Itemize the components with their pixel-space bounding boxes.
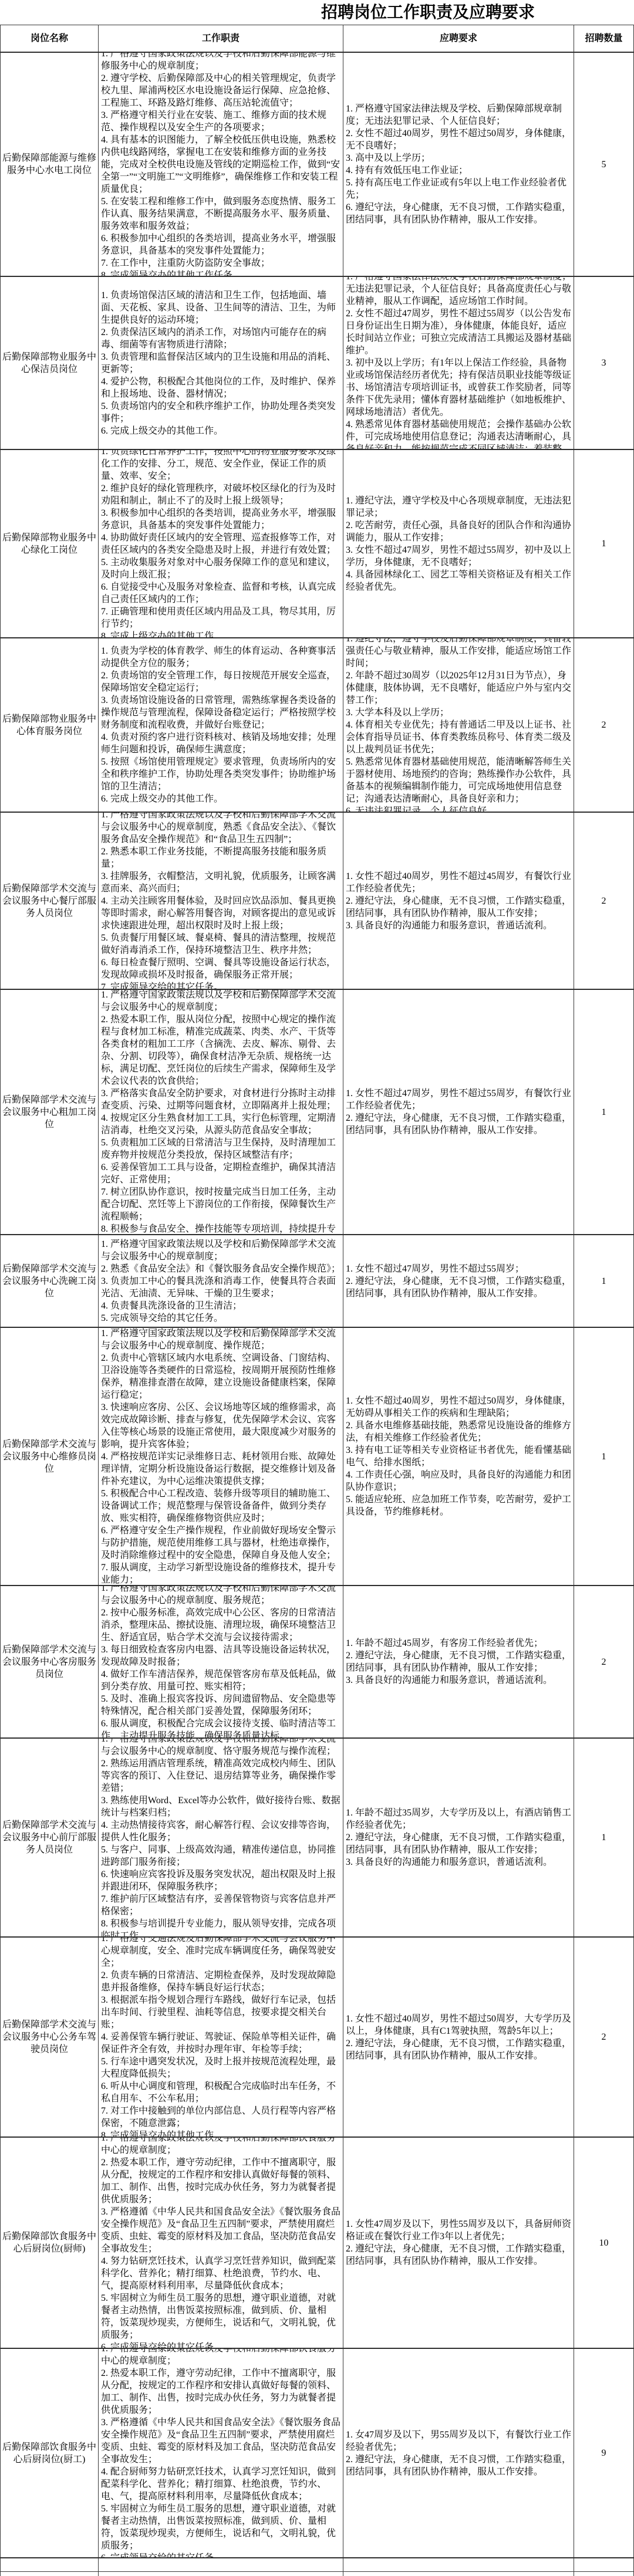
- duty-item: 4. 协助做好责任区域内的安全管理、巡查报修等工作，对责任区域内的各类安全隐患及…: [101, 532, 340, 556]
- duty-item: 5. 行车途中遇突发状况，及时上报并按规范流程处理，最大程度降低损失；: [101, 2056, 340, 2080]
- requirement-item: 3. 具备良好的沟通能力和服务意识，普通话流利。: [346, 1674, 571, 1686]
- count-cell: 2: [574, 638, 634, 812]
- duty-item: 2. 按中心服务标准，高效完成中心公区、客房的日常清洁消杀，整理床品、擦拭设施、…: [101, 1607, 340, 1644]
- duty-item: 5. 在安装工程和维修工作中，做到服务态度热情、服务工作认真、服务结果满意，不断…: [101, 195, 340, 232]
- requirement-item: 3. 具备良好的沟通能力和服务意识，普通话流利。: [346, 919, 571, 932]
- duty-item: 7. 在工作中，注重防火防盗防安全事故；: [101, 257, 340, 269]
- requirement-item: 3. 初中及以上学历；有1年以上保洁工作经验，具备物业或场馆保洁经历者优先；持有…: [346, 357, 571, 418]
- duty-item: 8. 完成上级交办的其他工作。: [101, 630, 340, 638]
- requirement-item: 1. 女性不超过40周岁，男性不超过50周岁，大专学历及以上，身体健康，具有C1…: [346, 2013, 571, 2037]
- position-name-cell: 后勤保障部学术交流与会议服务中心粗加工岗位: [0, 990, 98, 1234]
- requirement-item: 2. 遵纪守法，身心健康，无不良习惯，工作踏实稳重，团结同事，具有团队协作精神，…: [346, 1275, 571, 1300]
- duty-item: 3. 严格遵循《中华人民共和国食品安全法》《餐饮服务食品安全操作规范》及“食品卫…: [101, 2206, 340, 2255]
- duty-item: 5. 牢固树立为师生员工服务的思想，遵守职业道德，对就餐者主动热情，出售饭菜按照…: [101, 2503, 340, 2552]
- position-name: 后勤保障部学术交流与会议服务中心公务车驾驶员岗位: [1, 2019, 98, 2056]
- requirement-item: 2. 遵纪守法，身心健康，无不良习惯，工作踏实稳重，团结同事，具有团队协作精神，…: [346, 2037, 571, 2062]
- requirement-item: 2. 遵纪守法，身心健康，无不良习惯，工作踏实稳重，团结同事，具有团队协作精神，…: [346, 1112, 571, 1137]
- duty-item: 2. 熟练运用酒店管理系统，精准高效完成校内师生、团队等宾客的预订、入住登记、退…: [101, 1757, 340, 1794]
- count-cell: 5: [574, 53, 634, 276]
- requirements-cell: 1. 遵纪守法，遵守学校及后勤保障部规章制度，具备较强责任心与敬业精神，服从工作…: [343, 638, 574, 812]
- empty-cell: [98, 2572, 343, 2576]
- duties-cell: 1. 负责绿化日常养护工作，按照中心的物业服务要求及绿化工作的安排、分工，规范、…: [98, 450, 343, 637]
- position-name: 后勤保障部学术交流与会议服务中心洗碗工岗位: [1, 1263, 98, 1300]
- duty-item: 4. 妥善保管车辆行驶证、驾驶证、保险单等相关证件，确保证件齐全有效，并按时办理…: [101, 2031, 340, 2056]
- position-name-cell: 后勤保障部学术交流与会议服务中心洗碗工岗位: [0, 1235, 98, 1327]
- duty-item: 7. 服从调度，主动学习新型设施设备的维修技术，提升专业能力；: [101, 1561, 340, 1586]
- position-name-cell: 后勤保障部学术交流与会议服务中心客房服务员岗位: [0, 1586, 98, 1737]
- empty-cell: [343, 2558, 574, 2571]
- table-row: 后勤保障部学术交流与会议服务中心公务车驾驶员岗位1. 严格遵守交通法规及后勤保障…: [0, 1938, 634, 2138]
- col-header-requirements: 应聘要求: [343, 25, 574, 52]
- duties-cell: 1. 严格遵守国家政策法规以及学校和后勤保障部能源与维修服务中心的规章制度；2.…: [98, 53, 343, 276]
- col-header-count: 招聘数量: [574, 25, 634, 52]
- position-name: 后勤保障部学术交流与会议服务中心餐厅部服务人员岗位: [1, 883, 98, 919]
- requirement-item: 2. 遵纪守法，身心健康，无不良习惯，工作踏实稳重，团结同事，具有团队协作精神，…: [346, 1649, 571, 1674]
- duty-item: 5. 积极配合中心工程改造、装修升级等项目的辅助施工、设备调试工作；规范整理与保…: [101, 1488, 340, 1524]
- requirements-cell: 1. 严格遵守国家法律法规及学校后勤保障部规章制度；无违法犯罪记录，个人征信良好…: [343, 277, 574, 449]
- count-cell: 1: [574, 1328, 634, 1585]
- duty-item: 4. 主动关注顾客用餐体验，及时回应饮品添加、餐具更换等即时需求，耐心解答用餐咨…: [101, 895, 340, 932]
- duties-cell: 1. 严格遵守国家政策法规以及学校和后勤保障部饮食服务中心的规章制度；2. 热爱…: [98, 2138, 343, 2348]
- duty-item: 8. 积极参与培训提升专业能力，服从领导安排，完成各项临时工作。: [101, 1918, 340, 1936]
- table-row: 后勤保障部物业服务中心体育服务岗位1. 负责为学校的体育教学、师生的体育运动、各…: [0, 638, 634, 813]
- duty-item: 4. 努力钻研烹饪技术，认真学习烹饪营养知识，做到配菜科学化、营养化；精打细算、…: [101, 2255, 340, 2292]
- duty-item: 6. 完成领导交给的其它任务。: [101, 2552, 340, 2558]
- requirement-item: 1. 年龄不超过45周岁，有客房工作经验者优先；: [346, 1637, 571, 1649]
- duty-item: 1. 严格遵守国家政策法规以及学校和后勤保障部学术交流与会议服务中心的规章制度、…: [101, 1739, 340, 1757]
- requirement-item: 3. 具备良好的沟通能力和服务意识，普通话流利。: [346, 1856, 571, 1868]
- duty-item: 1. 负责绿化日常养护工作，按照中心的物业服务要求及绿化工作的安排、分工，规范、…: [101, 450, 340, 482]
- position-name: 后勤保障部饮食服务中心后厨岗位(厨工): [1, 2441, 98, 2466]
- duty-item: 2. 负责中心管辖区域内水电系统、空调设备、门窗结构、卫浴设施等各类硬件的日常巡…: [101, 1352, 340, 1401]
- requirements-cell: 1. 年龄不超过45周岁，有客房工作经验者优先；2. 遵纪守法，身心健康，无不良…: [343, 1586, 574, 1737]
- requirement-item: 1. 女性47周岁及以下，男性55周岁及以下，具备厨师资格证或在餐饮行业工作3年…: [346, 2218, 571, 2243]
- duty-item: 3. 严格落实食品安全防护要求，对食材进行分拣时主动排查变质、污染、过期等问题食…: [101, 1087, 340, 1112]
- table-row: 后勤保障部学术交流与会议服务中心餐厅部服务人员岗位1. 严格遵守国家政策法规以及…: [0, 813, 634, 990]
- duty-item: 3. 每日细致检查客房内电器、洁具等设施设备运转状况，发现故障及时报备；: [101, 1644, 340, 1668]
- duty-item: 7. 维护前厅区域整洁有序，妥善保管物资与宾客信息并严格保密；: [101, 1893, 340, 1918]
- duty-item: 1. 严格遵守交通法规及后勤保障部学术交流与会议服务中心规章制度，安全、准时完成…: [101, 1938, 340, 1969]
- count-cell: 1: [574, 1739, 634, 1936]
- duty-item: 5. 主动收集服务对象对中心服务保障工作的意见和建议，及时向上级汇报；: [101, 556, 340, 581]
- position-name: 后勤保障部饮食服务中心后厨岗位(厨师): [1, 2230, 98, 2255]
- duty-item: 2. 热爱本职工作，遵守劳动纪律，工作中不擅离职守，服从分配，按规定的工作程序和…: [101, 2156, 340, 2206]
- requirement-item: 1. 女性不超过47周岁，男性不超过55周岁；: [346, 1263, 571, 1275]
- empty-cell: [0, 2558, 98, 2571]
- position-name: 后勤保障部学术交流与会议服务中心客房服务员岗位: [1, 1644, 98, 1681]
- count-cell: 2: [574, 1586, 634, 1737]
- duty-item: 2. 熟悉《食品安全法》和《餐饮服务食品安全操作规范》；: [101, 1263, 340, 1275]
- requirement-item: 6. 无违法犯罪记录，个人征信良好。: [346, 805, 571, 812]
- position-name: 后勤保障部能源与维修服务中心水电工岗位: [1, 152, 98, 177]
- duty-item: 1. 负责为学校的体育教学、师生的体育运动、各种赛事活动提供全方位的服务；: [101, 645, 340, 670]
- duty-item: 1. 严格遵守国家政策法规以及学校和后勤保障部能源与维修服务中心的规章制度；: [101, 53, 340, 72]
- requirements-cell: 1. 年龄不超过35周岁，大专学历及以上，有酒店销售工作经验者优先；2. 遵纪守…: [343, 1739, 574, 1936]
- count-cell: 2: [574, 1938, 634, 2136]
- duty-item: 2. 负责车辆的日常清洁、定期检查保养，及时发现故障隐患并报备维修，保持车辆良好…: [101, 1969, 340, 1994]
- duty-item: 3. 挂牌服务，衣帽整洁，文明礼貌，优质服务，让顾客满意而来、高兴而归；: [101, 870, 340, 895]
- requirement-item: 6. 遵纪守法，身心健康，无不良习惯，工作踏实稳重，团结同事，具有团队协作精神，…: [346, 201, 571, 226]
- table-row: 后勤保障部能源与维修服务中心水电工岗位1. 严格遵守国家政策法规以及学校和后勤保…: [0, 53, 634, 277]
- recruit-count: 1: [574, 537, 633, 550]
- duty-item: 8. 完成领导交办的其他工作。: [101, 2129, 340, 2136]
- duty-item: 3. 快速响应客房、公区、会议场地等区域的维修需求，高效完成故障诊断、排查与修复…: [101, 1401, 340, 1451]
- table-row: 后勤保障部学术交流与会议服务中心洗碗工岗位1. 严格遵守国家政策法规以及学校和后…: [0, 1235, 634, 1328]
- table-row: 后勤保障部学术交流与会议服务中心粗加工岗位1. 严格遵守国家政策法规以及学校和后…: [0, 990, 634, 1235]
- duties-cell: 1. 负责为学校的体育教学、师生的体育运动、各种赛事活动提供全方位的服务；2. …: [98, 638, 343, 812]
- duties-cell: 1. 严格遵守国家政策法规以及学校和后勤保障部饮食服务中心的规章制度；2. 热爱…: [98, 2349, 343, 2557]
- duties-cell: 1. 严格遵守国家政策法规以及学校和后勤保障部学术交流与会议服务中心的规章制度、…: [98, 1328, 343, 1585]
- recruit-count: 5: [574, 158, 633, 171]
- duty-item: 2. 维护良好的绿化管理秩序，对破坏校区绿化的行为及时劝阻和制止，制止不了的及时…: [101, 482, 340, 507]
- requirement-item: 4. 体育相关专业优先；持有普通话二甲及以上证书、社会体育指导员证书、体育类教练…: [346, 719, 571, 756]
- requirements-cell: 1. 女性不超过47周岁，男性不超过55周岁，有餐饮行业工作经验者优先；2. 遵…: [343, 990, 574, 1234]
- position-name: 后勤保障部物业服务中心体育服务岗位: [1, 713, 98, 738]
- position-name: 后勤保障部学术交流与会议服务中心维修员岗位: [1, 1438, 98, 1475]
- requirements-cell: 1. 女性47周岁及以下，男性55周岁及以下，具备厨师资格证或在餐饮行业工作3年…: [343, 2138, 574, 2348]
- duty-item: 5. 牢固树立为师生员工服务的思想，遵守职业道德，对就餐者主动热情，出售饭菜按照…: [101, 2292, 340, 2341]
- position-name: 后勤保障部物业服务中心保洁员岗位: [1, 351, 98, 376]
- duty-item: 2. 负责保洁区域内的消杀工作，对场馆内可能存在的病毒、细菌等有害物质进行清除；: [101, 326, 340, 351]
- duties-cell: 1. 严格遵守交通法规及后勤保障部学术交流与会议服务中心规章制度，安全、准时完成…: [98, 1938, 343, 2136]
- requirement-item: 2. 女性不超过47周岁，男性不超过55周岁（以公告发布日身份证出生日期为准），…: [346, 307, 571, 357]
- duty-item: 4. 负责对预约客户进行资料核对、核销及场地安排；处理师生问题和投诉，确保师生满…: [101, 731, 340, 756]
- duty-item: 1. 严格遵守国家政策法规以及学校和后勤保障部学术交流与会议服务中心的规章制度，…: [101, 813, 340, 846]
- duties-cell: 1. 严格遵守国家政策法规以及学校和后勤保障部学术交流与会议服务中心的规章制度、…: [98, 1586, 343, 1737]
- table-row: 后勤保障部物业服务中心绿化工岗位1. 负责绿化日常养护工作，按照中心的物业服务要…: [0, 450, 634, 638]
- duties-cell: 1. 负责场馆保洁区域的清洁和卫生工作，包括地面、墙面、天花板、家具、设备、卫生…: [98, 277, 343, 449]
- duty-item: 1. 严格遵守国家政策法规以及学校和后勤保障部学术交流与会议服务中心的规章制度、…: [101, 1328, 340, 1352]
- empty-cell: [574, 2572, 634, 2576]
- col-header-duties: 工作职责: [98, 25, 343, 52]
- recruit-count: 2: [574, 719, 633, 731]
- duty-item: 4. 爱护公物，积极配合其他岗位的工作，及时维护、保养和上报场地、设备、器材情况…: [101, 376, 340, 400]
- duty-item: 3. 积极参加中心组织的各类培训，提高业务水平，增强服务意识，具备基本的突发事件…: [101, 507, 340, 532]
- duties-cell: 1. 严格遵守国家政策法规以及学校和后勤保障部学术交流与会议服务中心的规章制度，…: [98, 813, 343, 989]
- table-body: 后勤保障部能源与维修服务中心水电工岗位1. 严格遵守国家政策法规以及学校和后勤保…: [0, 53, 634, 2576]
- recruit-count: 2: [574, 1656, 633, 1668]
- duty-item: 6. 完成上级交办的其他工作。: [101, 793, 340, 805]
- duty-item: 3. 严格遵循《中华人民共和国食品安全法》《餐饮服务食品安全操作规范》及“食品卫…: [101, 2416, 340, 2466]
- requirement-item: 3. 女性不超过47周岁，男性不超过55周岁，初中及以上学历，身体健康，无不良嗜…: [346, 544, 571, 569]
- requirement-item: 2. 吃苦耐劳，责任心强，具备良好的团队合作和沟通协调能力，服从工作安排；: [346, 519, 571, 544]
- position-name-cell: 后勤保障部学术交流与会议服务中心餐厅部服务人员岗位: [0, 813, 98, 989]
- duty-item: 1. 严格遵守国家政策法规以及学校和后勤保障部学术交流与会议服务中心的规章制度；: [101, 990, 340, 1013]
- duty-item: 4. 主动热情接待宾客，耐心解答行程、会议安排等咨询，提供人性化服务；: [101, 1819, 340, 1844]
- duty-item: 6. 积极参加中心组织的各类培训，提高业务水平，增强服务意识，具备基本的突发事件…: [101, 232, 340, 257]
- duty-item: 6. 完成上级交办的其他工作。: [101, 425, 340, 437]
- duty-item: 2. 热爱本职工作，服从岗位分配，按照中心规定的操作流程与食材加工标准，精准完成…: [101, 1013, 340, 1087]
- recruit-count: 2: [574, 895, 633, 907]
- requirement-item: 4. 具备园林绿化工、园艺工等相关资格证及有相关工作经验者优先。: [346, 569, 571, 593]
- empty-row: [0, 2558, 634, 2572]
- duty-item: 3. 负责加工中心的餐具洗涤和消毒工作，使餐具符合表面光洁、无油渍、无异味、干燥…: [101, 1275, 340, 1300]
- col-header-position: 岗位名称: [0, 25, 98, 52]
- position-name: 后勤保障部学术交流与会议服务中心粗加工岗位: [1, 1094, 98, 1131]
- count-cell: 9: [574, 2349, 634, 2557]
- recruit-count: 1: [574, 1275, 633, 1287]
- requirement-item: 2. 遵纪守法，身心健康，无不良习惯，工作踏实稳重，团结同事，具有团队协作精神，…: [346, 1831, 571, 1856]
- duty-item: 6. 服从调度，积极配合完成会议接待支援、临时清洁等工作，主动提升服务技能，确保…: [101, 1718, 340, 1738]
- duty-item: 6. 完成领导交给的其它任务。: [101, 2341, 340, 2348]
- duty-item: 3. 根据派车指令规划合理行车路线，做好行车记录，包括出车时间、行驶里程、油耗等…: [101, 1994, 340, 2031]
- position-name: 后勤保障部学术交流与会议服务中心前厅部服务人员岗位: [1, 1819, 98, 1856]
- requirements-cell: 1. 女性不超过40周岁，男性不超过45周岁，有餐饮行业工作经验者优先；2. 遵…: [343, 813, 574, 989]
- duty-item: 3. 负责管理和监督保洁区域内的卫生设施和用品的消耗、更新等；: [101, 351, 340, 376]
- requirement-item: 3. 高中及以上学历；: [346, 152, 571, 164]
- duty-item: 5. 负责餐厅用餐区域、餐桌椅、餐具的清洁整理，按规范做好消毒消杀工作，保持环境…: [101, 932, 340, 956]
- table-header-row: 岗位名称 工作职责 应聘要求 招聘数量: [0, 25, 634, 53]
- duties-cell: 1. 严格遵守国家政策法规以及学校和后勤保障部学术交流与会议服务中心的规章制度；…: [98, 990, 343, 1234]
- requirement-item: 2. 女性不超过40周岁，男性不超过50周岁，身体健康，无不良嗜好；: [346, 127, 571, 152]
- recruit-count: 10: [574, 2237, 633, 2249]
- duty-item: 6. 严格遵守安全生产操作规程，作业前做好现场安全警示与防护措施，规范使用维修工…: [101, 1524, 340, 1561]
- duty-item: 6. 每日检查餐厅照明、空调、餐具等设施设备运行状态，发现故障或损坏及时报备，确…: [101, 956, 340, 981]
- requirement-item: 3. 大学本科及以上学历；: [346, 706, 571, 719]
- requirement-item: 1. 女性不超过40周岁，男性不超过45周岁，有餐饮行业工作经验者优先；: [346, 870, 571, 895]
- table-row: 后勤保障部学术交流与会议服务中心前厅部服务人员岗位1. 严格遵守国家政策法规以及…: [0, 1739, 634, 1938]
- recruitment-table: 岗位名称 工作职责 应聘要求 招聘数量 后勤保障部能源与维修服务中心水电工岗位1…: [0, 25, 634, 2576]
- duty-item: 4. 做好工作车清洁保养，规范保管客房布草及低耗品，做到分类存放、用量可控、账实…: [101, 1668, 340, 1693]
- count-cell: 1: [574, 1235, 634, 1327]
- count-cell: 1: [574, 450, 634, 637]
- requirement-item: 1. 严格遵守国家法律法规及学校、后勤保障部规章制度；无违法犯罪记录、个人征信良…: [346, 103, 571, 127]
- position-name-cell: 后勤保障部物业服务中心绿化工岗位: [0, 450, 98, 637]
- duty-item: 3. 负责场馆设施设备的日常管理，需熟练掌握各类设备的操作规范与管理流程，保障设…: [101, 694, 340, 731]
- position-name-cell: 后勤保障部物业服务中心体育服务岗位: [0, 638, 98, 812]
- empty-cell: [0, 2572, 98, 2576]
- position-name-cell: 后勤保障部学术交流与会议服务中心公务车驾驶员岗位: [0, 1938, 98, 2136]
- table-row: 后勤保障部物业服务中心保洁员岗位1. 负责场馆保洁区域的清洁和卫生工作，包括地面…: [0, 277, 634, 450]
- page-title: 招聘岗位工作职责及应聘要求: [222, 0, 634, 25]
- recruit-count: 9: [574, 2447, 633, 2459]
- requirement-item: 1. 遵纪守法，遵守学校及后勤保障部规章制度，具备较强责任心与敬业精神，服从工作…: [346, 638, 571, 670]
- requirement-item: 1. 女性不超过47周岁，男性不超过55周岁，有餐饮行业工作经验者优先；: [346, 1087, 571, 1112]
- position-name-cell: 后勤保障部学术交流与会议服务中心维修员岗位: [0, 1328, 98, 1585]
- duty-item: 1. 严格遵守国家政策法规以及学校和后勤保障部饮食服务中心的规章制度；: [101, 2138, 340, 2156]
- empty-cell: [343, 2572, 574, 2576]
- table-row: 后勤保障部学术交流与会议服务中心客房服务员岗位1. 严格遵守国家政策法规以及学校…: [0, 1586, 634, 1739]
- requirement-item: 5. 能适应轮班、应急加班工作节奏，吃苦耐劳，爱护工具设备，节约维修耗材。: [346, 1493, 571, 1518]
- table-row: 后勤保障部饮食服务中心后厨岗位(厨工)1. 严格遵守国家政策法规以及学校和后勤保…: [0, 2349, 634, 2558]
- duty-item: 8. 积极参与食品安全、操作技能等专项培训，持续提升专: [101, 1223, 340, 1234]
- duty-item: 6. 自觉接受中心及服务对象检查、监督和考核，认真完成自己责任区域内的工作；: [101, 581, 340, 606]
- recruit-count: 1: [574, 1831, 633, 1844]
- duty-item: 8. 完成领导交办的其他工作任务。: [101, 269, 340, 276]
- requirement-item: 2. 遵纪守法，身心健康，无不良习惯，工作踏实稳重，团结同事，具有团队协作精神，…: [346, 2453, 571, 2478]
- requirements-cell: 1. 女47周岁及以下，男55周岁及以下，有餐饮行业工作经验者优先；2. 遵纪守…: [343, 2349, 574, 2557]
- duty-item: 2. 热爱本职工作，遵守劳动纪律，工作中不擅离职守，服从分配，按规定的工作程序和…: [101, 2367, 340, 2416]
- empty-cell: [98, 2558, 343, 2571]
- table-row: 后勤保障部饮食服务中心后厨岗位(厨师)1. 严格遵守国家政策法规以及学校和后勤保…: [0, 2138, 634, 2349]
- duties-cell: 1. 严格遵守国家政策法规以及学校和后勤保障部学术交流与会议服务中心的规章制度、…: [98, 1739, 343, 1936]
- duty-item: 1. 严格遵守国家政策法规以及学校和后勤保障部学术交流与会议服务中心的规章制度；: [101, 1238, 340, 1263]
- requirements-cell: 1. 女性不超过40周岁，男性不超过50周岁，大专学历及以上，身体健康，具有C1…: [343, 1938, 574, 2136]
- duty-item: 2. 熟悉本职工作业务技能，不断提高服务技能和服务质量；: [101, 846, 340, 870]
- duty-item: 4. 严格按规范详实记录维修日志、耗材领用台账、故障处理详情，定期分析设施设备运…: [101, 1451, 340, 1488]
- duty-item: 6. 听从中心调度和管理，积极配合完成临时出车任务，不私自用车、不公车私用；: [101, 2080, 340, 2105]
- duty-item: 4. 负责餐具洗涤设备的卫生清洁；: [101, 1300, 340, 1312]
- recruit-count: 2: [574, 2031, 633, 2043]
- duty-item: 6. 妥善保管加工工具与设备，定期检查维护，确保其清洁完好、正常使用；: [101, 1161, 340, 1186]
- requirement-item: 4. 持有有效低压电工作业证；: [346, 164, 571, 177]
- requirement-item: 4. 工作责任心强，响应及时，具备良好的沟通能力和团队协作意识；: [346, 1469, 571, 1493]
- duty-item: 7. 正确管理和使用责任区域内用品及工具，物尽其用，厉行节约；: [101, 606, 340, 630]
- duty-item: 1. 严格遵守国家政策法规以及学校和后勤保障部饮食服务中心的规章制度；: [101, 2349, 340, 2367]
- requirement-item: 4. 熟悉常见体育器材基础使用规范；会操作基础办公软件，可完成场地使用信息登记；…: [346, 418, 571, 449]
- requirement-item: 2. 遵纪守法，身心健康，无不良习惯，工作踏实稳重，团结同事，具有团队协作精神，…: [346, 2243, 571, 2267]
- requirements-cell: 1. 女性不超过47周岁，男性不超过55周岁；2. 遵纪守法，身心健康，无不良习…: [343, 1235, 574, 1327]
- position-name-cell: 后勤保障部饮食服务中心后厨岗位(厨工): [0, 2349, 98, 2557]
- duty-item: 3. 严格遵守相关行业在安装、施工、维修方面的技术规范、操作规程以及安全生产的各…: [101, 109, 340, 134]
- recruit-count: 1: [574, 1106, 633, 1118]
- duty-item: 5. 负责粗加工区域的日常清洁与卫生保持，及时清理加工废弃物并按规范分类投放，保…: [101, 1137, 340, 1161]
- requirements-cell: 1. 女性不超过40周岁，男性不超过50周岁，身体健康，无妨碍从事相关工作的疾病…: [343, 1328, 574, 1585]
- position-name-cell: 后勤保障部学术交流与会议服务中心前厅部服务人员岗位: [0, 1739, 98, 1936]
- recruitment-sheet: 招聘岗位工作职责及应聘要求 岗位名称 工作职责 应聘要求 招聘数量 后勤保障部能…: [0, 0, 634, 2576]
- requirement-item: 1. 女性不超过40周岁，男性不超过50周岁，身体健康，无妨碍从事相关工作的疾病…: [346, 1395, 571, 1419]
- duty-item: 4. 配合厨师努力钻研烹饪技术，认真学习烹饪知识，做到配菜科学化、营养化；精打细…: [101, 2466, 340, 2503]
- count-cell: 1: [574, 990, 634, 1234]
- count-cell: 2: [574, 813, 634, 989]
- duty-item: 7. 对工作中接触到的单位内部信息、人员行程等内容严格保密，不随意泄露；: [101, 2105, 340, 2129]
- requirement-item: 5. 持有高压电工作业证或有5年以上电工作业经验者优先；: [346, 177, 571, 201]
- position-name-cell: 后勤保障部物业服务中心保洁员岗位: [0, 277, 98, 449]
- requirements-cell: 1. 遵纪守法，遵守学校及中心各项规章制度，无违法犯罪记录；2. 吃苦耐劳，责任…: [343, 450, 574, 637]
- duty-item: 2. 遵守学校、后勤保障部及中心的相关管理规定，负责学校九里、犀浦两校区水电设施…: [101, 72, 340, 109]
- duty-item: 7. 树立团队协作意识，按时按量完成当日加工任务，主动配合切配、烹饪等上下游岗位…: [101, 1186, 340, 1223]
- duty-item: 7. 完成领导交给的其它任务。: [101, 981, 340, 989]
- count-cell: 3: [574, 277, 634, 449]
- position-name: 后勤保障部物业服务中心绿化工岗位: [1, 532, 98, 556]
- count-cell: 10: [574, 2138, 634, 2348]
- duty-item: 5. 完成领导交给的其它任务。: [101, 1312, 340, 1324]
- position-name-cell: 后勤保障部饮食服务中心后厨岗位(厨师): [0, 2138, 98, 2348]
- requirement-item: 2. 年龄不超过30周岁（以2025年12月31日为节点），身体健康，肢体协调，…: [346, 670, 571, 706]
- duty-item: 3. 熟练使用Word、Excel等办公软件，做好接待台账、数据统计与档案归档；: [101, 1794, 340, 1819]
- requirement-item: 2. 遵纪守法，身心健康，无不良习惯，工作踏实稳重，团结同事，具有团队协作精神，…: [346, 895, 571, 919]
- duty-item: 4. 按规定区分生熟食材加工工具，实行色标管理，定期清洁消毒，杜绝交叉污染，从源…: [101, 1112, 340, 1137]
- duty-item: 5. 按照《场馆使用管理规定》要求管理，负责场所内的安全和秩序维护工作，协助处理…: [101, 756, 340, 793]
- duty-item: 4. 具有基本的识图能力，了解全校低压供电设施，熟悉校内供电线路网络，掌握电工在…: [101, 134, 340, 195]
- requirement-item: 2. 具备水电维修基础技能，熟悉常见设施设备的维修方法，有相关维修工作经验者优先…: [346, 1419, 571, 1444]
- requirement-item: 1. 年龄不超过35周岁，大专学历及以上，有酒店销售工作经验者优先；: [346, 1807, 571, 1831]
- recruit-count: 1: [574, 1451, 633, 1463]
- recruit-count: 3: [574, 357, 633, 369]
- requirement-item: 1. 遵纪守法，遵守学校及中心各项规章制度，无违法犯罪记录；: [346, 495, 571, 519]
- duty-item: 1. 负责场馆保洁区域的清洁和卫生工作，包括地面、墙面、天花板、家具、设备、卫生…: [101, 289, 340, 326]
- position-name-cell: 后勤保障部能源与维修服务中心水电工岗位: [0, 53, 98, 276]
- duty-item: 2. 负责场馆的安全管理工作，每日按规范开展安全巡查，保障场馆安全稳定运行；: [101, 670, 340, 694]
- duty-item: 5. 负责场馆内的安全和秩序维护工作，协助处理各类突发事件；: [101, 400, 340, 425]
- duty-item: 1. 严格遵守国家政策法规以及学校和后勤保障部学术交流与会议服务中心的规章制度、…: [101, 1586, 340, 1607]
- empty-row: [0, 2572, 634, 2576]
- empty-cell: [574, 2558, 634, 2571]
- requirement-item: 1. 女47周岁及以下，男55周岁及以下，有餐饮行业工作经验者优先；: [346, 2429, 571, 2453]
- duties-cell: 1. 严格遵守国家政策法规以及学校和后勤保障部学术交流与会议服务中心的规章制度；…: [98, 1235, 343, 1327]
- table-row: 后勤保障部学术交流与会议服务中心维修员岗位1. 严格遵守国家政策法规以及学校和后…: [0, 1328, 634, 1586]
- duty-item: 5. 及时、准确上报宾客投诉、房间遗留物品、安全隐患等特殊情况，配合相关部门妥善…: [101, 1693, 340, 1718]
- requirement-item: 1. 严格遵守国家法律法规及学校后勤保障部规章制度；无违法犯罪记录，个人征信良好…: [346, 277, 571, 307]
- requirements-cell: 1. 严格遵守国家法律法规及学校、后勤保障部规章制度；无违法犯罪记录、个人征信良…: [343, 53, 574, 276]
- duty-item: 6. 快速响应宾客投诉及服务突发状况，超出权限及时上报并跟进闭环，保障服务秩序；: [101, 1868, 340, 1893]
- requirement-item: 3. 持有电工证等相关专业资格证书者优先，能看懂基础电气、给排水图纸；: [346, 1444, 571, 1469]
- duty-item: 5. 与客户、同事、上级高效沟通，精准传递信息，协同推进跨部门服务衔接；: [101, 1844, 340, 1868]
- requirement-item: 5. 熟悉常见体育器材基础使用规范，能清晰解答师生关于器材使用、场地预约的咨询；…: [346, 756, 571, 805]
